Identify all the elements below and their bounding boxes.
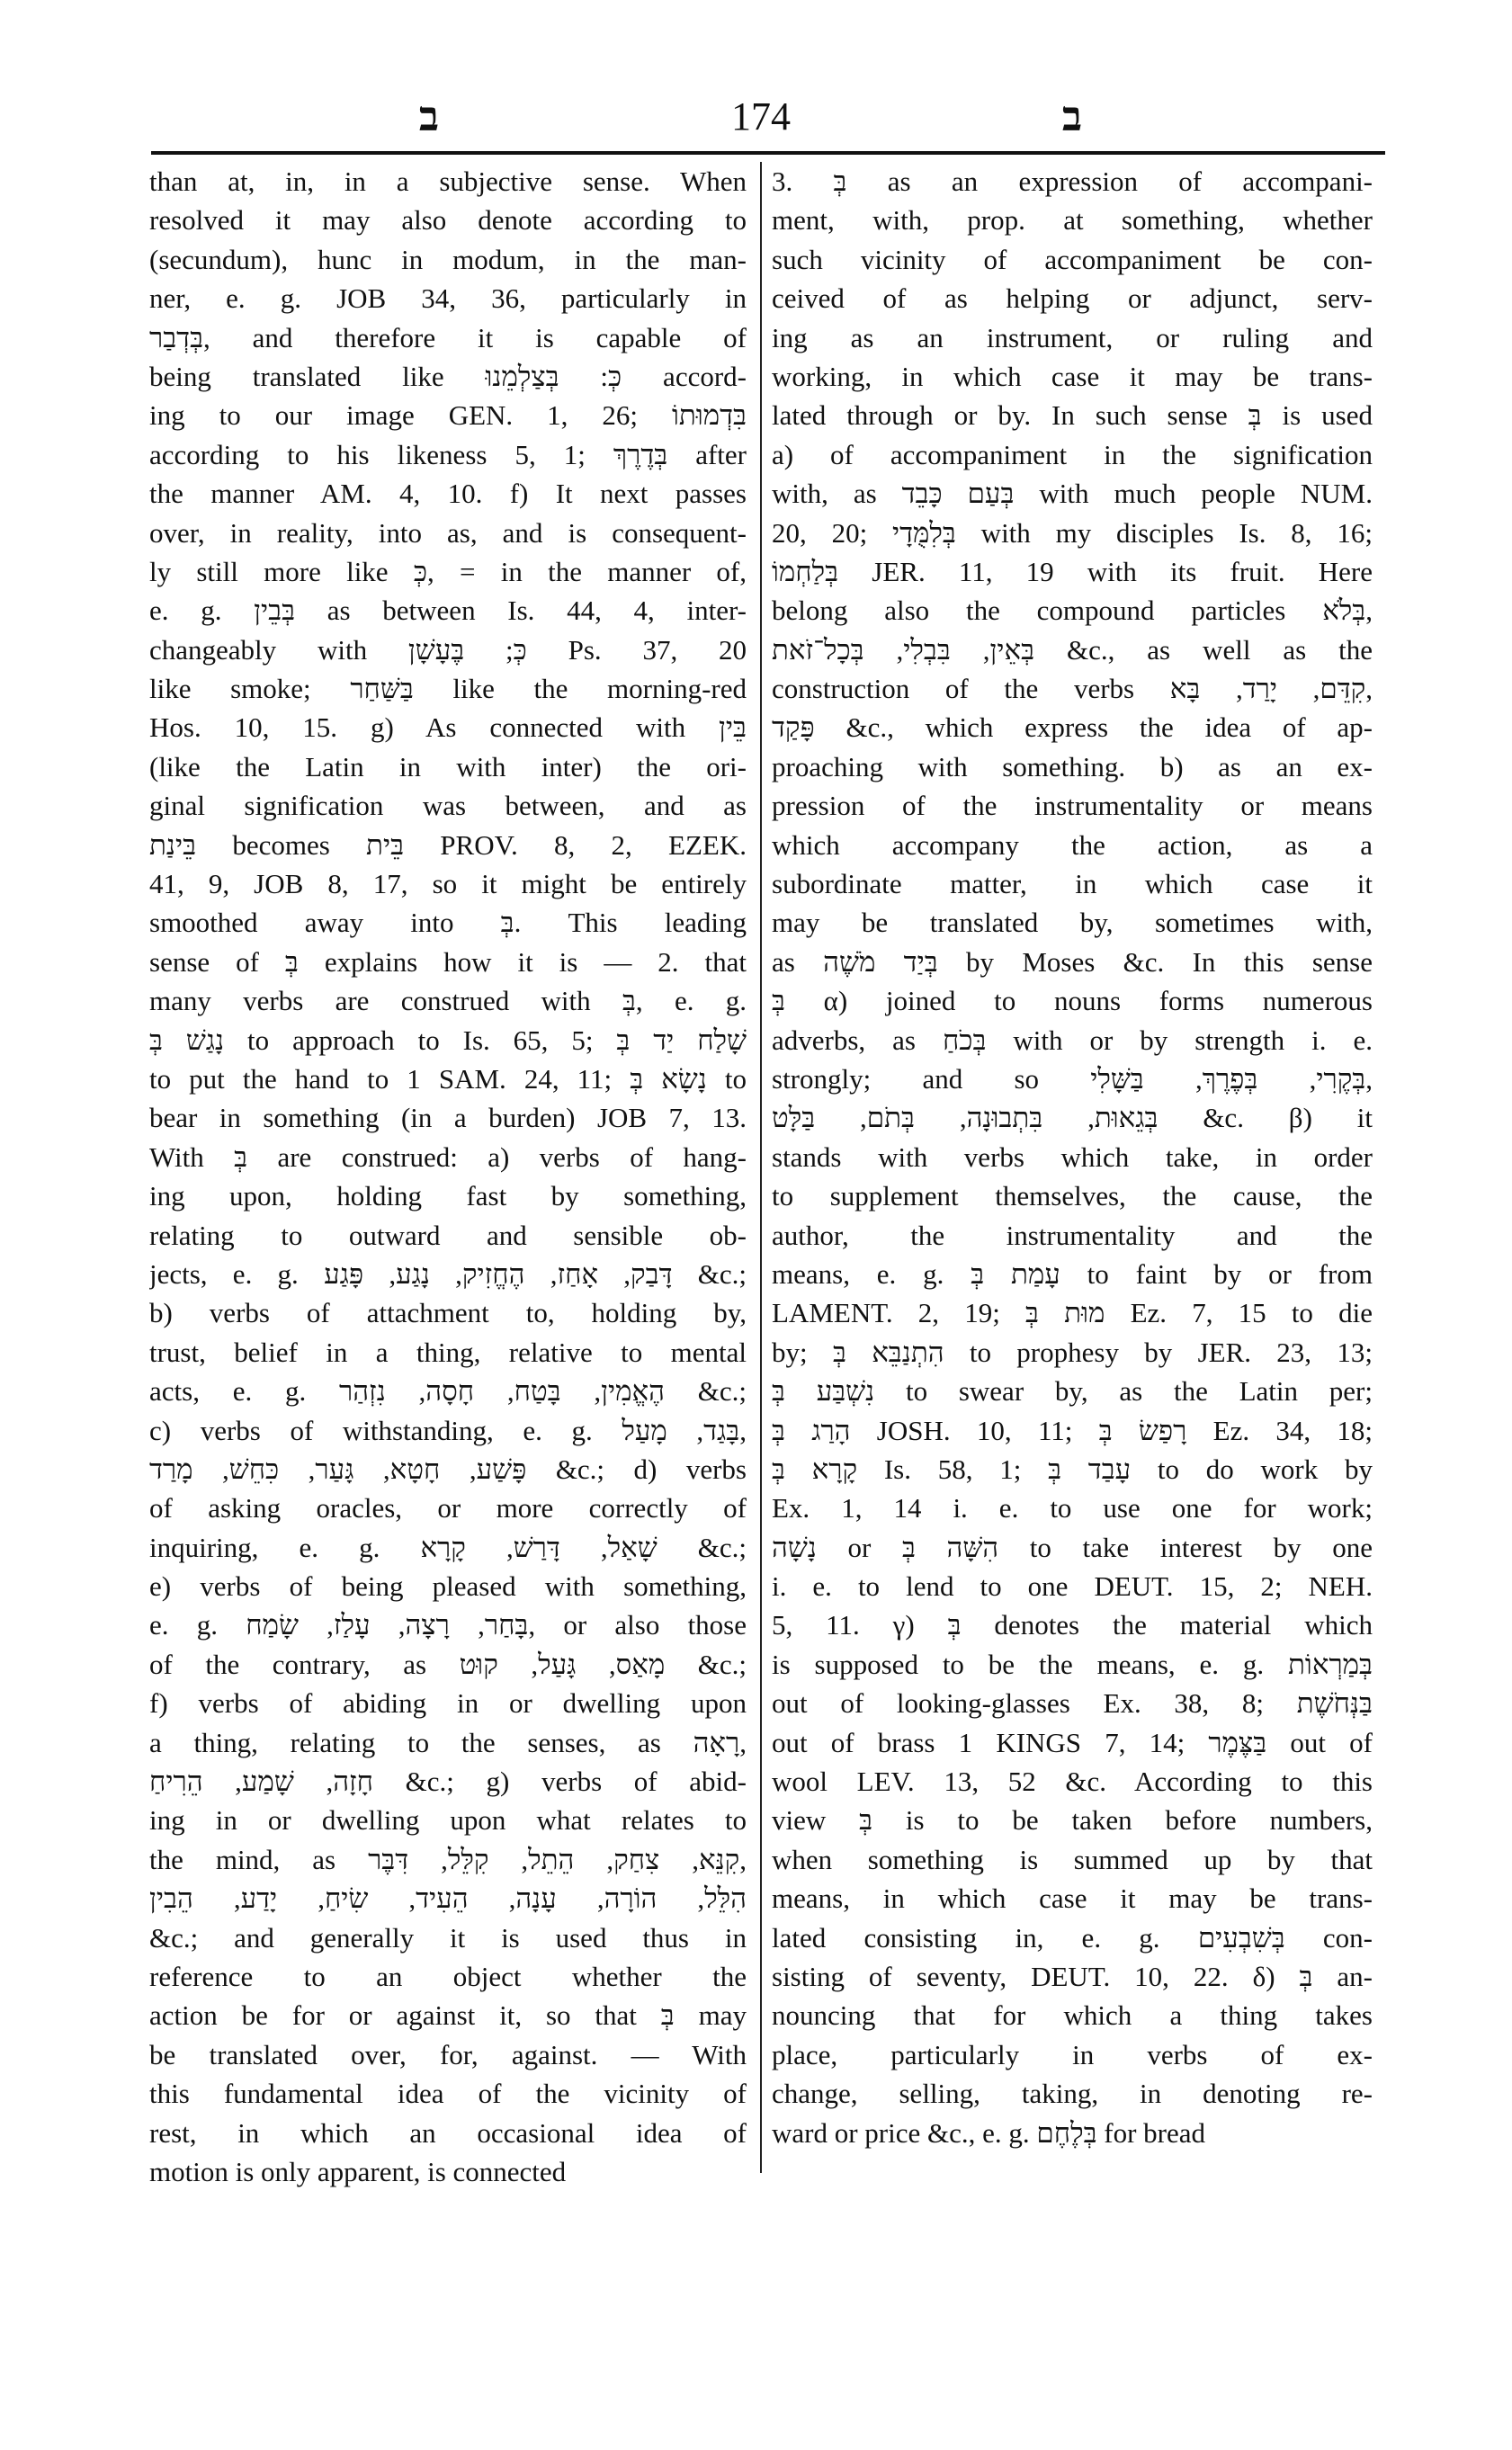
right-column: 3. בְּ as an expression of accompani-men… xyxy=(772,162,1373,2152)
header-rule xyxy=(151,151,1385,155)
text-line: like smoke; בַּשַּׁחַר like the morning-… xyxy=(149,669,747,708)
text-line: place, particularly in verbs of ex- xyxy=(772,2035,1373,2074)
text-line: ner, e. g. JOB 34, 36, particularly in xyxy=(149,279,747,317)
text-line: according to his likeness 5, 1; בְּדֶרֶך… xyxy=(149,435,747,474)
dictionary-page: ב 174 ב than at, in, in a subjective sen… xyxy=(0,0,1512,2450)
text-line: may be translated by, sometimes with, xyxy=(772,903,1373,942)
text-line: to put the hand to 1 SAM. 24, 11; נָשָׂא… xyxy=(149,1060,747,1098)
text-line: הִלֵּל, הוֹרָה, עָנָה, הֵעִיד, שִׂיחַ, י… xyxy=(149,1879,747,1918)
text-line: c) verbs of withstanding, e. g. בָּגַד, … xyxy=(149,1411,747,1450)
text-line: strongly; and so בְּקֶרִי, בְּפֶרֶךְ, בַ… xyxy=(772,1060,1373,1098)
text-line: 5, 11. γ) בְּ denotes the material which xyxy=(772,1605,1373,1644)
text-line: of the contrary, as מָאַס, גָּעַל, קוּט … xyxy=(149,1645,747,1684)
text-line: when something is summed up by that xyxy=(772,1840,1373,1879)
text-line: bear in something (in a burden) JOB 7, 1… xyxy=(149,1098,747,1137)
text-line: בְּ α) joined to nouns forms numerous xyxy=(772,981,1373,1020)
text-line: בֵּינַת becomes בֵּית PROV. 8, 2, EZEK. xyxy=(149,826,747,864)
text-line: adverbs, as בְּכֹחַ with or by strength … xyxy=(772,1021,1373,1060)
text-line: be translated over, for, against. — With xyxy=(149,2035,747,2074)
text-line: e. g. בָּחַר, רָצָה, עָלַז, שָׂמַח, or a… xyxy=(149,1605,747,1644)
text-line: by; הִתְנַבֵּא בְּ to prophesy by JER. 2… xyxy=(772,1333,1373,1372)
text-line: בְּאֵין, בִּבְלִי, בְּכָל־זֹאת &c., as w… xyxy=(772,630,1373,669)
left-column: than at, in, in a subjective sense. When… xyxy=(149,162,747,2191)
text-line: lated through or by. In such sense בְּ i… xyxy=(772,396,1373,434)
text-line: being translated like כְּ: בְּצַלְמֵנוּ … xyxy=(149,357,747,396)
text-line: change, selling, taking, in denoting re- xyxy=(772,2074,1373,2113)
text-line: construction of the verbs קִדֵּם, יָרַד,… xyxy=(772,669,1373,708)
text-line: 41, 9, JOB 8, 17, so it might be entirel… xyxy=(149,864,747,903)
text-line: reference to an object whether the xyxy=(149,1957,747,1996)
text-line: out of brass 1 KINGS 7, 14; בַּצֶּמֶר ou… xyxy=(772,1723,1373,1762)
text-line: view בְּ is to be taken before numbers, xyxy=(772,1801,1373,1839)
text-line: acts, e. g. הֶאֱמִין, בָּטַח, חָסָה, נִז… xyxy=(149,1372,747,1410)
text-line: to supplement themselves, the cause, the xyxy=(772,1176,1373,1215)
text-line: נָגַשׁ בְּ to approach to Is. 65, 5; שָׁ… xyxy=(149,1021,747,1060)
text-line: e. g. בְּבֵין as between Is. 44, 4, inte… xyxy=(149,591,747,630)
text-line: נָשָׁה or הִשָּׁה בְּ to take interest b… xyxy=(772,1528,1373,1567)
text-line: lated consisting in, e. g. בְּשִׁבְעִים … xyxy=(772,1918,1373,1957)
text-line: sisting of seventy, DEUT. 10, 22. δ) בְּ… xyxy=(772,1957,1373,1996)
text-line: smoothed away into בְּ. This leading xyxy=(149,903,747,942)
text-line: &c.; and generally it is used thus in xyxy=(149,1918,747,1957)
text-line: author, the instrumentality and the xyxy=(772,1216,1373,1255)
text-line: is supposed to be the means, e. g. בְּמַ… xyxy=(772,1645,1373,1684)
text-line: ing in or dwelling upon what relates to xyxy=(149,1801,747,1839)
text-line: Ex. 1, 14 i. e. to use one for work; xyxy=(772,1489,1373,1527)
text-line: the mind, as קִנֵּא, צִחַק, הֵתֵל, קִלֵּ… xyxy=(149,1840,747,1879)
text-line: working, in which case it may be trans- xyxy=(772,357,1373,396)
text-line: הָרַג בְּ JOSH. 10, 11; רָפַשׂ בְּ Ez. 3… xyxy=(772,1411,1373,1450)
text-line: Hos. 10, 15. g) As connected with בֵּין xyxy=(149,708,747,747)
text-line: wool LEV. 13, 52 &c. According to this xyxy=(772,1762,1373,1801)
text-line: ward or price &c., e. g. בְּלֶחֶם for br… xyxy=(772,2114,1373,2152)
text-line: ceived of as helping or adjunct, serv- xyxy=(772,279,1373,317)
text-line: קָרָא בְּ Is. 58, 1; עָבַד בְּ to do wor… xyxy=(772,1450,1373,1489)
text-line: this fundamental idea of the vicinity of xyxy=(149,2074,747,2113)
text-line: ing upon, holding fast by something, xyxy=(149,1176,747,1215)
text-line: changeably with כְּ; בֶּעָשָׁן Ps. 37, 2… xyxy=(149,630,747,669)
text-line: 3. בְּ as an expression of accompani- xyxy=(772,162,1373,201)
text-line: as בְּיַד מֹשֶׁה by Moses &c. In this se… xyxy=(772,943,1373,981)
text-line: out of looking-glasses Ex. 38, 8; בַּנְּ… xyxy=(772,1684,1373,1722)
text-line: i. e. to lend to one DEUT. 15, 2; NEH. xyxy=(772,1567,1373,1605)
text-line: which accompany the action, as a xyxy=(772,826,1373,864)
text-line: ing as an instrument, or ruling and xyxy=(772,318,1373,357)
text-line: פָּקַד &c., which express the idea of ap… xyxy=(772,708,1373,747)
text-line: action be for or against it, so that בְּ… xyxy=(149,1996,747,2034)
text-line: of asking oracles, or more correctly of xyxy=(149,1489,747,1527)
text-line: b) verbs of attachment to, holding by, xyxy=(149,1293,747,1332)
text-line: בְּלַחְמוֹ JER. 11, 19 with its fruit. H… xyxy=(772,552,1373,591)
text-line: sense of בְּ explains how it is — 2. tha… xyxy=(149,943,747,981)
text-line: the manner AM. 4, 10. f) It next passes xyxy=(149,474,747,513)
text-line: f) verbs of abiding in or dwelling upon xyxy=(149,1684,747,1722)
text-line: inquiring, e. g. שָׁאַל, דָּרַשׁ, קָרָא … xyxy=(149,1528,747,1567)
page-number: 174 xyxy=(702,90,820,144)
text-line: e) verbs of being pleased with something… xyxy=(149,1567,747,1605)
text-line: a) of accompaniment in the signification xyxy=(772,435,1373,474)
text-line: (secundum), hunc in modum, in the man- xyxy=(149,240,747,279)
text-line: rest, in which an occasional idea of xyxy=(149,2114,747,2152)
text-line: resolved it may also denote according to xyxy=(149,201,747,239)
text-line: nouncing that for which a thing takes xyxy=(772,1996,1373,2034)
text-line: over, in reality, into as, and is conseq… xyxy=(149,514,747,552)
text-line: בְּדְבַר, and therefore it is capable of xyxy=(149,318,747,357)
text-line: than at, in, in a subjective sense. When xyxy=(149,162,747,201)
text-line: motion is only apparent, is connected xyxy=(149,2152,747,2191)
text-line: חָזָה, שָׁמַע, הֵרִיחַ &c.; g) verbs of … xyxy=(149,1762,747,1801)
text-line: בְּגֵאוּת, בִּתְבוּנָה, בְּתֹם, בַּלָּט … xyxy=(772,1098,1373,1137)
column-divider xyxy=(760,162,762,2173)
text-line: ment, with, prop. at something, whether xyxy=(772,201,1373,239)
text-line: many verbs are construed with בְּ, e. g. xyxy=(149,981,747,1020)
text-line: LAMENT. 2, 19; מוּת בְּ Ez. 7, 15 to die xyxy=(772,1293,1373,1332)
text-line: With בְּ are construed: a) verbs of hang… xyxy=(149,1138,747,1176)
text-line: פָּשַׁע, חָטָא, גָּעַר, כִּחֵשׁ, מָרַד &… xyxy=(149,1450,747,1489)
text-line: ing to our image GEN. 1, 26; בִּדְמוּתוֹ xyxy=(149,396,747,434)
text-line: a thing, relating to the senses, as רָאָ… xyxy=(149,1723,747,1762)
text-line: belong also the compound particles בְּלֹ… xyxy=(772,591,1373,630)
text-line: such vicinity of accompaniment be con- xyxy=(772,240,1373,279)
text-line: relating to outward and sensible ob- xyxy=(149,1216,747,1255)
text-line: means, in which case it may be trans- xyxy=(772,1879,1373,1918)
running-head-letter-right: ב xyxy=(1052,90,1092,144)
text-line: 20, 20; בְּלִמֻּדָי with my disciples Is… xyxy=(772,514,1373,552)
text-line: ly still more like כְּ, = in the manner … xyxy=(149,552,747,591)
text-line: with, as בְּעַם כָּבֵד with much people … xyxy=(772,474,1373,513)
text-line: means, e. g. עָמַת בְּ to faint by or fr… xyxy=(772,1255,1373,1293)
text-line: subordinate matter, in which case it xyxy=(772,864,1373,903)
text-line: jects, e. g. דָּבַק, אָחַז, הֶחֱזִיק, נָ… xyxy=(149,1255,747,1293)
text-line: נִשְׁבַּע בְּ to swear by, as the Latin … xyxy=(772,1372,1373,1410)
text-line: stands with verbs which take, in order xyxy=(772,1138,1373,1176)
text-line: (like the Latin in with inter) the ori- xyxy=(149,747,747,786)
text-line: proaching with something. b) as an ex- xyxy=(772,747,1373,786)
running-head-letter-left: ב xyxy=(409,90,449,144)
text-line: pression of the instrumentality or means xyxy=(772,786,1373,825)
text-line: ginal signification was between, and as xyxy=(149,786,747,825)
text-line: trust, belief in a thing, relative to me… xyxy=(149,1333,747,1372)
